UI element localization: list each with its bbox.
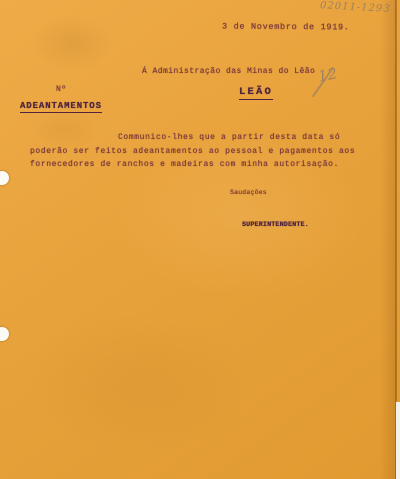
- scanned-letter: 02011-1293 3 de Novembro de 1919. Á Admi…: [0, 0, 400, 479]
- recipient-emphasis: LEÃO: [239, 86, 273, 100]
- paper-right-edge-shadow: [380, 0, 396, 479]
- body-line: poderão ser feitos adeantamentos ao pess…: [30, 147, 355, 156]
- signature-line: SUPERINTENDENTE.: [242, 221, 309, 229]
- scan-background-sliver: [396, 402, 400, 479]
- body-line: Communico-lhes que a partir desta data s…: [118, 133, 340, 142]
- recipient-line: Á Administração das Minas do Lêão: [142, 67, 315, 76]
- date-line: 3 de Novembro de 1919.: [222, 22, 350, 33]
- subject-heading: ADEANTAMENTOS: [20, 101, 102, 113]
- body-line: fornecedores de ranchos e madeiras com m…: [30, 160, 339, 169]
- closing-salutation: Saudações: [230, 189, 267, 196]
- number-label: Nº: [56, 85, 67, 94]
